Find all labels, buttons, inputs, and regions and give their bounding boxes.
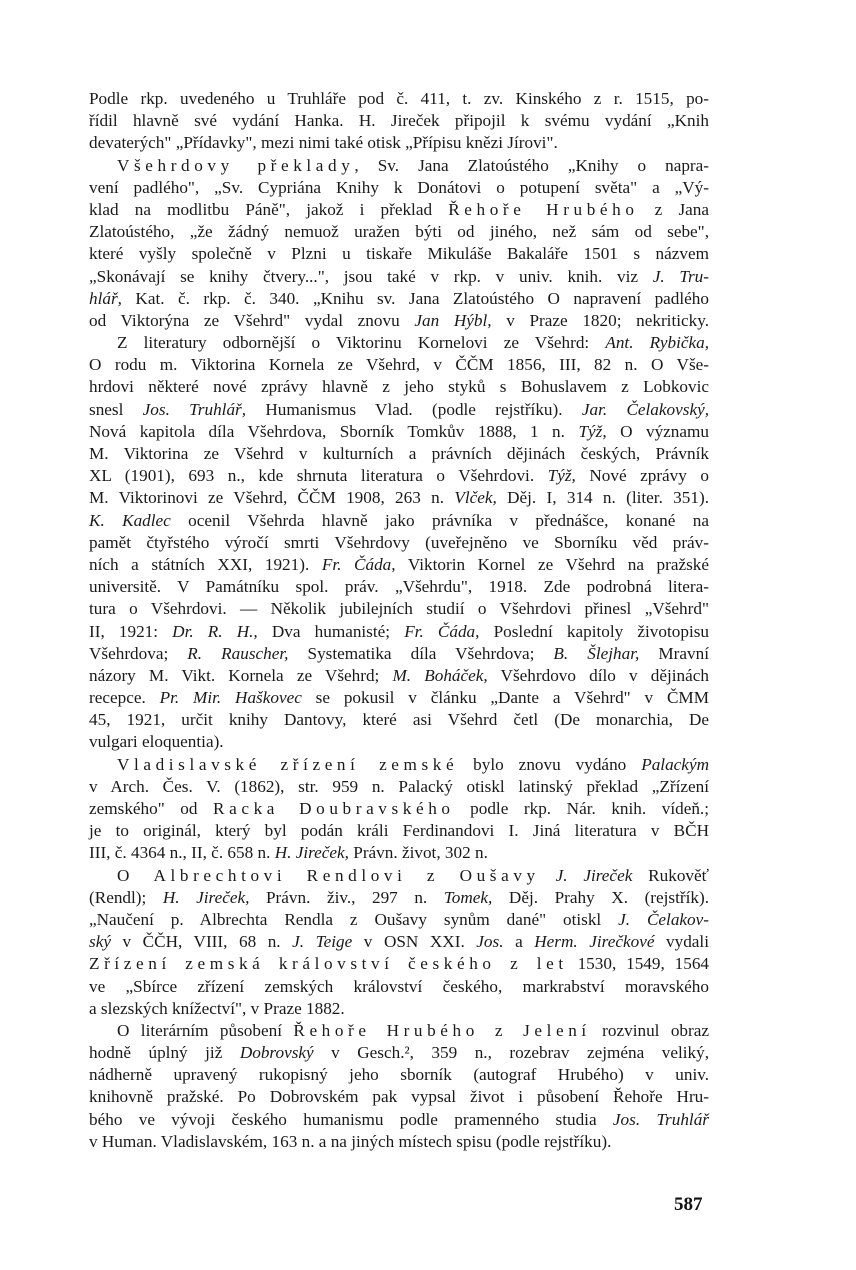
text-run: Děj. I, 314 n. (liter. 351). — [497, 488, 709, 507]
text-run: bylo znovu vydáno — [458, 755, 641, 774]
body-text: Podle rkp. uvedeného u Truhláře pod č. 4… — [89, 88, 709, 1153]
italic-citation: Tomek, — [444, 888, 493, 907]
italic-citation: Jan Hýbl, — [414, 311, 491, 330]
spaced-emphasis: Zřízení zemská království českého z let — [89, 954, 568, 973]
text-run: „Naučení p. Albrechta Rendla z Oušavy sy… — [89, 910, 618, 929]
spaced-emphasis: O Albrechtovi Rendlovi z Oušavy — [117, 866, 540, 885]
text-line: pamět čtyřstého výročí smrti Všehrdovy (… — [89, 532, 709, 554]
text-line: vulgari eloquentia). — [89, 731, 709, 753]
text-line: Podle rkp. uvedeného u Truhláře pod č. 4… — [89, 88, 709, 110]
text-line: a slezských knížectví", v Praze 1882. — [89, 998, 709, 1020]
text-run: Humanismus Vlad. (podle rejstříku). — [246, 400, 582, 419]
italic-citation: Vlček, — [454, 488, 496, 507]
text-run: vení padlého", „Sv. Cypriána Knihy k Don… — [89, 178, 709, 197]
italic-citation: Jos. Truhlář, — [143, 400, 246, 419]
text-line: tura o Všehrdovi. — Několik jubilejních … — [89, 598, 709, 620]
text-run: Poslední kapitoly životopisu — [479, 622, 709, 641]
paragraph-first-line: Vladislavské zřízení zemské bylo znovu v… — [89, 754, 709, 776]
text-run: ocenil Všehrda hlavně jako právníka v př… — [171, 511, 709, 530]
paragraph-first-line: O literárním působení Řehoře Hrubého z J… — [89, 1020, 709, 1042]
italic-citation: Palackým — [641, 755, 709, 774]
text-run: 1530, 1549, 1564 — [568, 954, 709, 973]
text-run: tura o Všehrdovi. — Několik jubilejních … — [89, 599, 709, 618]
text-run: hodně úplný již — [89, 1043, 240, 1062]
italic-citation: J. Teige — [292, 932, 352, 951]
text-run: universitě. V Památníku spol. práv. „Vše… — [89, 577, 709, 596]
italic-citation: Týž, — [578, 422, 606, 441]
text-run: Zlatoústého, „že žádný nemuož uražen být… — [89, 222, 709, 241]
text-line: ních a státních XXI, 1921). Fr. Čáda, Vi… — [89, 554, 709, 576]
text-run: Viktorin Kornel ze Všehrd na pražské — [396, 555, 709, 574]
text-run: recepce. — [89, 688, 160, 707]
italic-citation: Pr. Mir. Haškovec — [160, 688, 302, 707]
italic-citation: hlář, — [89, 289, 122, 308]
italic-citation: ský — [89, 932, 111, 951]
text-line: Nová kapitola díla Všehrdova, Sborník To… — [89, 421, 709, 443]
text-line: „Naučení p. Albrechta Rendla z Oušavy sy… — [89, 909, 709, 931]
italic-citation: B. Šlejhar, — [553, 644, 639, 663]
text-line: zemského" od Racka Doubravského podle rk… — [89, 798, 709, 820]
text-line: hodně úplný již Dobrovský v Gesch.², 359… — [89, 1042, 709, 1064]
page-number: 587 — [674, 1194, 703, 1216]
italic-citation: Týž, — [548, 466, 576, 485]
text-line: které vyšly společně v Plzni u tiskaře M… — [89, 243, 709, 265]
paragraph-first-line: Z literatury odbornější o Viktorinu Korn… — [89, 332, 709, 354]
text-line: III, č. 4364 n., II, č. 658 n. H. Jireče… — [89, 842, 709, 864]
text-run: klad na modlitbu Páně", jakož i překlad — [89, 200, 448, 219]
italic-citation: Fr. Čáda, — [322, 555, 396, 574]
text-line: hlář, Kat. č. rkp. č. 340. „Knihu sv. Ja… — [89, 288, 709, 310]
spaced-emphasis: Racka Doubravského — [213, 799, 455, 818]
italic-citation: J. Čelakov- — [618, 910, 709, 929]
spaced-emphasis: Všehrdovy překlady — [117, 156, 354, 175]
text-line: knihovně pražské. Po Dobrovském pak vyps… — [89, 1086, 709, 1108]
text-run: Všehrdova; — [89, 644, 187, 663]
italic-citation: J. Tru- — [653, 267, 709, 286]
text-run: v Gesch.², 359 n., rozebrav zejména veli… — [314, 1043, 709, 1062]
text-line: universitě. V Památníku spol. práv. „Vše… — [89, 576, 709, 598]
text-run: II, 1921: — [89, 622, 172, 641]
text-line: názory M. Vikt. Kornela ze Všehrd; M. Bo… — [89, 665, 709, 687]
text-run: snesl — [89, 400, 143, 419]
text-run: Systematika díla Všehrdova; — [288, 644, 553, 663]
italic-citation: Jos. Truhlář — [613, 1110, 709, 1129]
paragraph-first-line: O Albrechtovi Rendlovi z Oušavy J. Jireč… — [89, 865, 709, 887]
text-line: Zlatoústého, „že žádný nemuož uražen být… — [89, 221, 709, 243]
text-line: v Arch. Čes. V. (1862), str. 959 n. Pala… — [89, 776, 709, 798]
text-line: „Skonávají se knihy čtvery...", jsou tak… — [89, 266, 709, 288]
text-run: bého ve vývoji českého humanismu podle p… — [89, 1110, 613, 1129]
text-run: a slezských knížectví", v Praze 1882. — [89, 999, 345, 1018]
italic-citation: Herm. Jirečkové — [534, 932, 654, 951]
text-run: knihovně pražské. Po Dobrovském pak vyps… — [89, 1087, 709, 1106]
text-line: O rodu m. Viktorina Kornela ze Všehrd, v… — [89, 354, 709, 376]
text-run: Nové zprávy o — [576, 466, 709, 485]
text-run: nádherně upravený rukopisný jeho sborník… — [89, 1065, 709, 1084]
text-line: 45, 1921, určit knihy Dantovy, které asi… — [89, 709, 709, 731]
book-page: Podle rkp. uvedeného u Truhláře pod č. 4… — [0, 0, 856, 1270]
text-run: (Rendl); — [89, 888, 163, 907]
text-run: M. Viktorina ze Všehrd v kulturních a pr… — [89, 444, 709, 463]
text-line: v Human. Vladislavském, 163 n. a na jiný… — [89, 1131, 709, 1153]
text-line: devaterých" „Přídavky", mezi nimi také o… — [89, 132, 709, 154]
text-run: Všehrdovo dílo v dějinách — [488, 666, 709, 685]
text-line: hrdovi některé nové zprávy hlavně z jeho… — [89, 376, 709, 398]
text-run: a — [504, 932, 535, 951]
text-run: , Sv. Jana Zlatoústého „Knihy o napra- — [354, 156, 709, 175]
text-run: Podle rkp. uvedeného u Truhláře pod č. 4… — [89, 89, 709, 108]
text-run: rozvinul obraz — [591, 1021, 709, 1040]
text-run: Kat. č. rkp. č. 340. „Knihu sv. Jana Zla… — [122, 289, 709, 308]
text-line: M. Viktorina ze Všehrd v kulturních a pr… — [89, 443, 709, 465]
italic-citation: R. Rauscher, — [187, 644, 288, 663]
spaced-emphasis: Vladislavské zřízení zemské — [117, 755, 458, 774]
text-line: snesl Jos. Truhlář, Humanismus Vlad. (po… — [89, 399, 709, 421]
text-run: se pokusil v článku „Dante a Všehrd" v Č… — [302, 688, 709, 707]
text-run: devaterých" „Přídavky", mezi nimi také o… — [89, 133, 558, 152]
italic-citation: H. Jireček, — [275, 843, 349, 862]
text-run: řídil hlavně své vydání Hanka. H. Jireče… — [89, 111, 709, 130]
text-run: Z literatury odbornější o Viktorinu Korn… — [117, 333, 605, 352]
text-run: Mravní — [639, 644, 709, 663]
text-run: Právn. život, 302 n. — [349, 843, 488, 862]
text-run: vulgari eloquentia). — [89, 732, 224, 751]
text-run: názory M. Vikt. Kornela ze Všehrd; — [89, 666, 392, 685]
text-run: 45, 1921, určit knihy Dantovy, které asi… — [89, 710, 709, 729]
italic-citation: J. Jireček — [556, 866, 633, 885]
text-line: Zřízení zemská království českého z let … — [89, 953, 709, 975]
text-run: které vyšly společně v Plzni u tiskaře M… — [89, 244, 709, 263]
italic-citation: Dobrovský — [240, 1043, 314, 1062]
italic-citation: Ant. Rybička, — [605, 333, 709, 352]
text-run: v Human. Vladislavském, 163 n. a na jiný… — [89, 1132, 611, 1151]
text-line: je to originál, který byl podán králi Fe… — [89, 820, 709, 842]
italic-citation: M. Boháček, — [392, 666, 487, 685]
italic-citation: Jar. Čelakovský, — [582, 400, 709, 419]
text-run: ve „Sbírce zřízení zemských království č… — [89, 977, 709, 996]
text-run: M. Viktorinovi ze Všehrd, ČČM 1908, 263 … — [89, 488, 454, 507]
italic-citation: Jos. — [476, 932, 503, 951]
text-run: zemského" od — [89, 799, 213, 818]
text-line: (Rendl); H. Jireček, Právn. živ., 297 n.… — [89, 887, 709, 909]
text-run: O literárním působení — [117, 1021, 293, 1040]
text-run: Nová kapitola díla Všehrdova, Sborník To… — [89, 422, 578, 441]
text-line: recepce. Pr. Mir. Haškovec se pokusil v … — [89, 687, 709, 709]
text-line: od Viktorýna ze Všehrd" vydal znovu Jan … — [89, 310, 709, 332]
italic-citation: Dr. R. H., — [172, 622, 258, 641]
text-run: vydali — [654, 932, 709, 951]
italic-citation: K. Kadlec — [89, 511, 171, 530]
text-run: III, č. 4364 n., II, č. 658 n. — [89, 843, 275, 862]
text-line: bého ve vývoji českého humanismu podle p… — [89, 1109, 709, 1131]
text-run: podle rkp. Nár. knih. vídeň.; — [455, 799, 709, 818]
spaced-emphasis: Řehoře Hrubého — [448, 200, 638, 219]
text-line: vení padlého", „Sv. Cypriána Knihy k Don… — [89, 177, 709, 199]
text-run: z Jana — [639, 200, 709, 219]
text-run: je to originál, který byl podán králi Fe… — [89, 821, 709, 840]
text-run: v ČČH, VIII, 68 n. — [111, 932, 292, 951]
text-line: II, 1921: Dr. R. H., Dva humanisté; Fr. … — [89, 621, 709, 643]
text-line: K. Kadlec ocenil Všehrda hlavně jako prá… — [89, 510, 709, 532]
italic-citation: Fr. Čáda, — [404, 622, 479, 641]
text-run: od Viktorýna ze Všehrd" vydal znovu — [89, 311, 414, 330]
text-run: ních a státních XXI, 1921). — [89, 555, 322, 574]
text-run: XL (1901), 693 n., kde shrnuta literatur… — [89, 466, 548, 485]
text-line: nádherně upravený rukopisný jeho sborník… — [89, 1064, 709, 1086]
paragraph-first-line: Všehrdovy překlady, Sv. Jana Zlatoústého… — [89, 155, 709, 177]
text-line: klad na modlitbu Páně", jakož i překlad … — [89, 199, 709, 221]
text-run: v Arch. Čes. V. (1862), str. 959 n. Pala… — [89, 777, 709, 796]
text-line: XL (1901), 693 n., kde shrnuta literatur… — [89, 465, 709, 487]
text-line: Všehrdova; R. Rauscher, Systematika díla… — [89, 643, 709, 665]
text-run: v Praze 1820; nekriticky. — [492, 311, 709, 330]
spaced-emphasis: Řehoře Hrubého z Jelení — [293, 1021, 590, 1040]
text-run: O významu — [607, 422, 709, 441]
italic-citation: H. Jireček, — [163, 888, 250, 907]
text-run: Rukověť — [632, 866, 709, 885]
text-line: M. Viktorinovi ze Všehrd, ČČM 1908, 263 … — [89, 487, 709, 509]
text-run: v OSN XXI. — [352, 932, 476, 951]
text-line: ský v ČČH, VIII, 68 n. J. Teige v OSN XX… — [89, 931, 709, 953]
text-run: O rodu m. Viktorina Kornela ze Všehrd, v… — [89, 355, 709, 374]
text-run: hrdovi některé nové zprávy hlavně z jeho… — [89, 377, 709, 396]
text-run: Děj. Prahy X. (rejstřík). — [492, 888, 709, 907]
text-line: řídil hlavně své vydání Hanka. H. Jireče… — [89, 110, 709, 132]
text-run: Právn. živ., 297 n. — [249, 888, 443, 907]
text-line: ve „Sbírce zřízení zemských království č… — [89, 976, 709, 998]
text-run: „Skonávají se knihy čtvery...", jsou tak… — [89, 267, 653, 286]
text-run: Dva humanisté; — [258, 622, 404, 641]
text-run: pamět čtyřstého výročí smrti Všehrdovy (… — [89, 533, 709, 552]
text-run — [540, 866, 556, 885]
